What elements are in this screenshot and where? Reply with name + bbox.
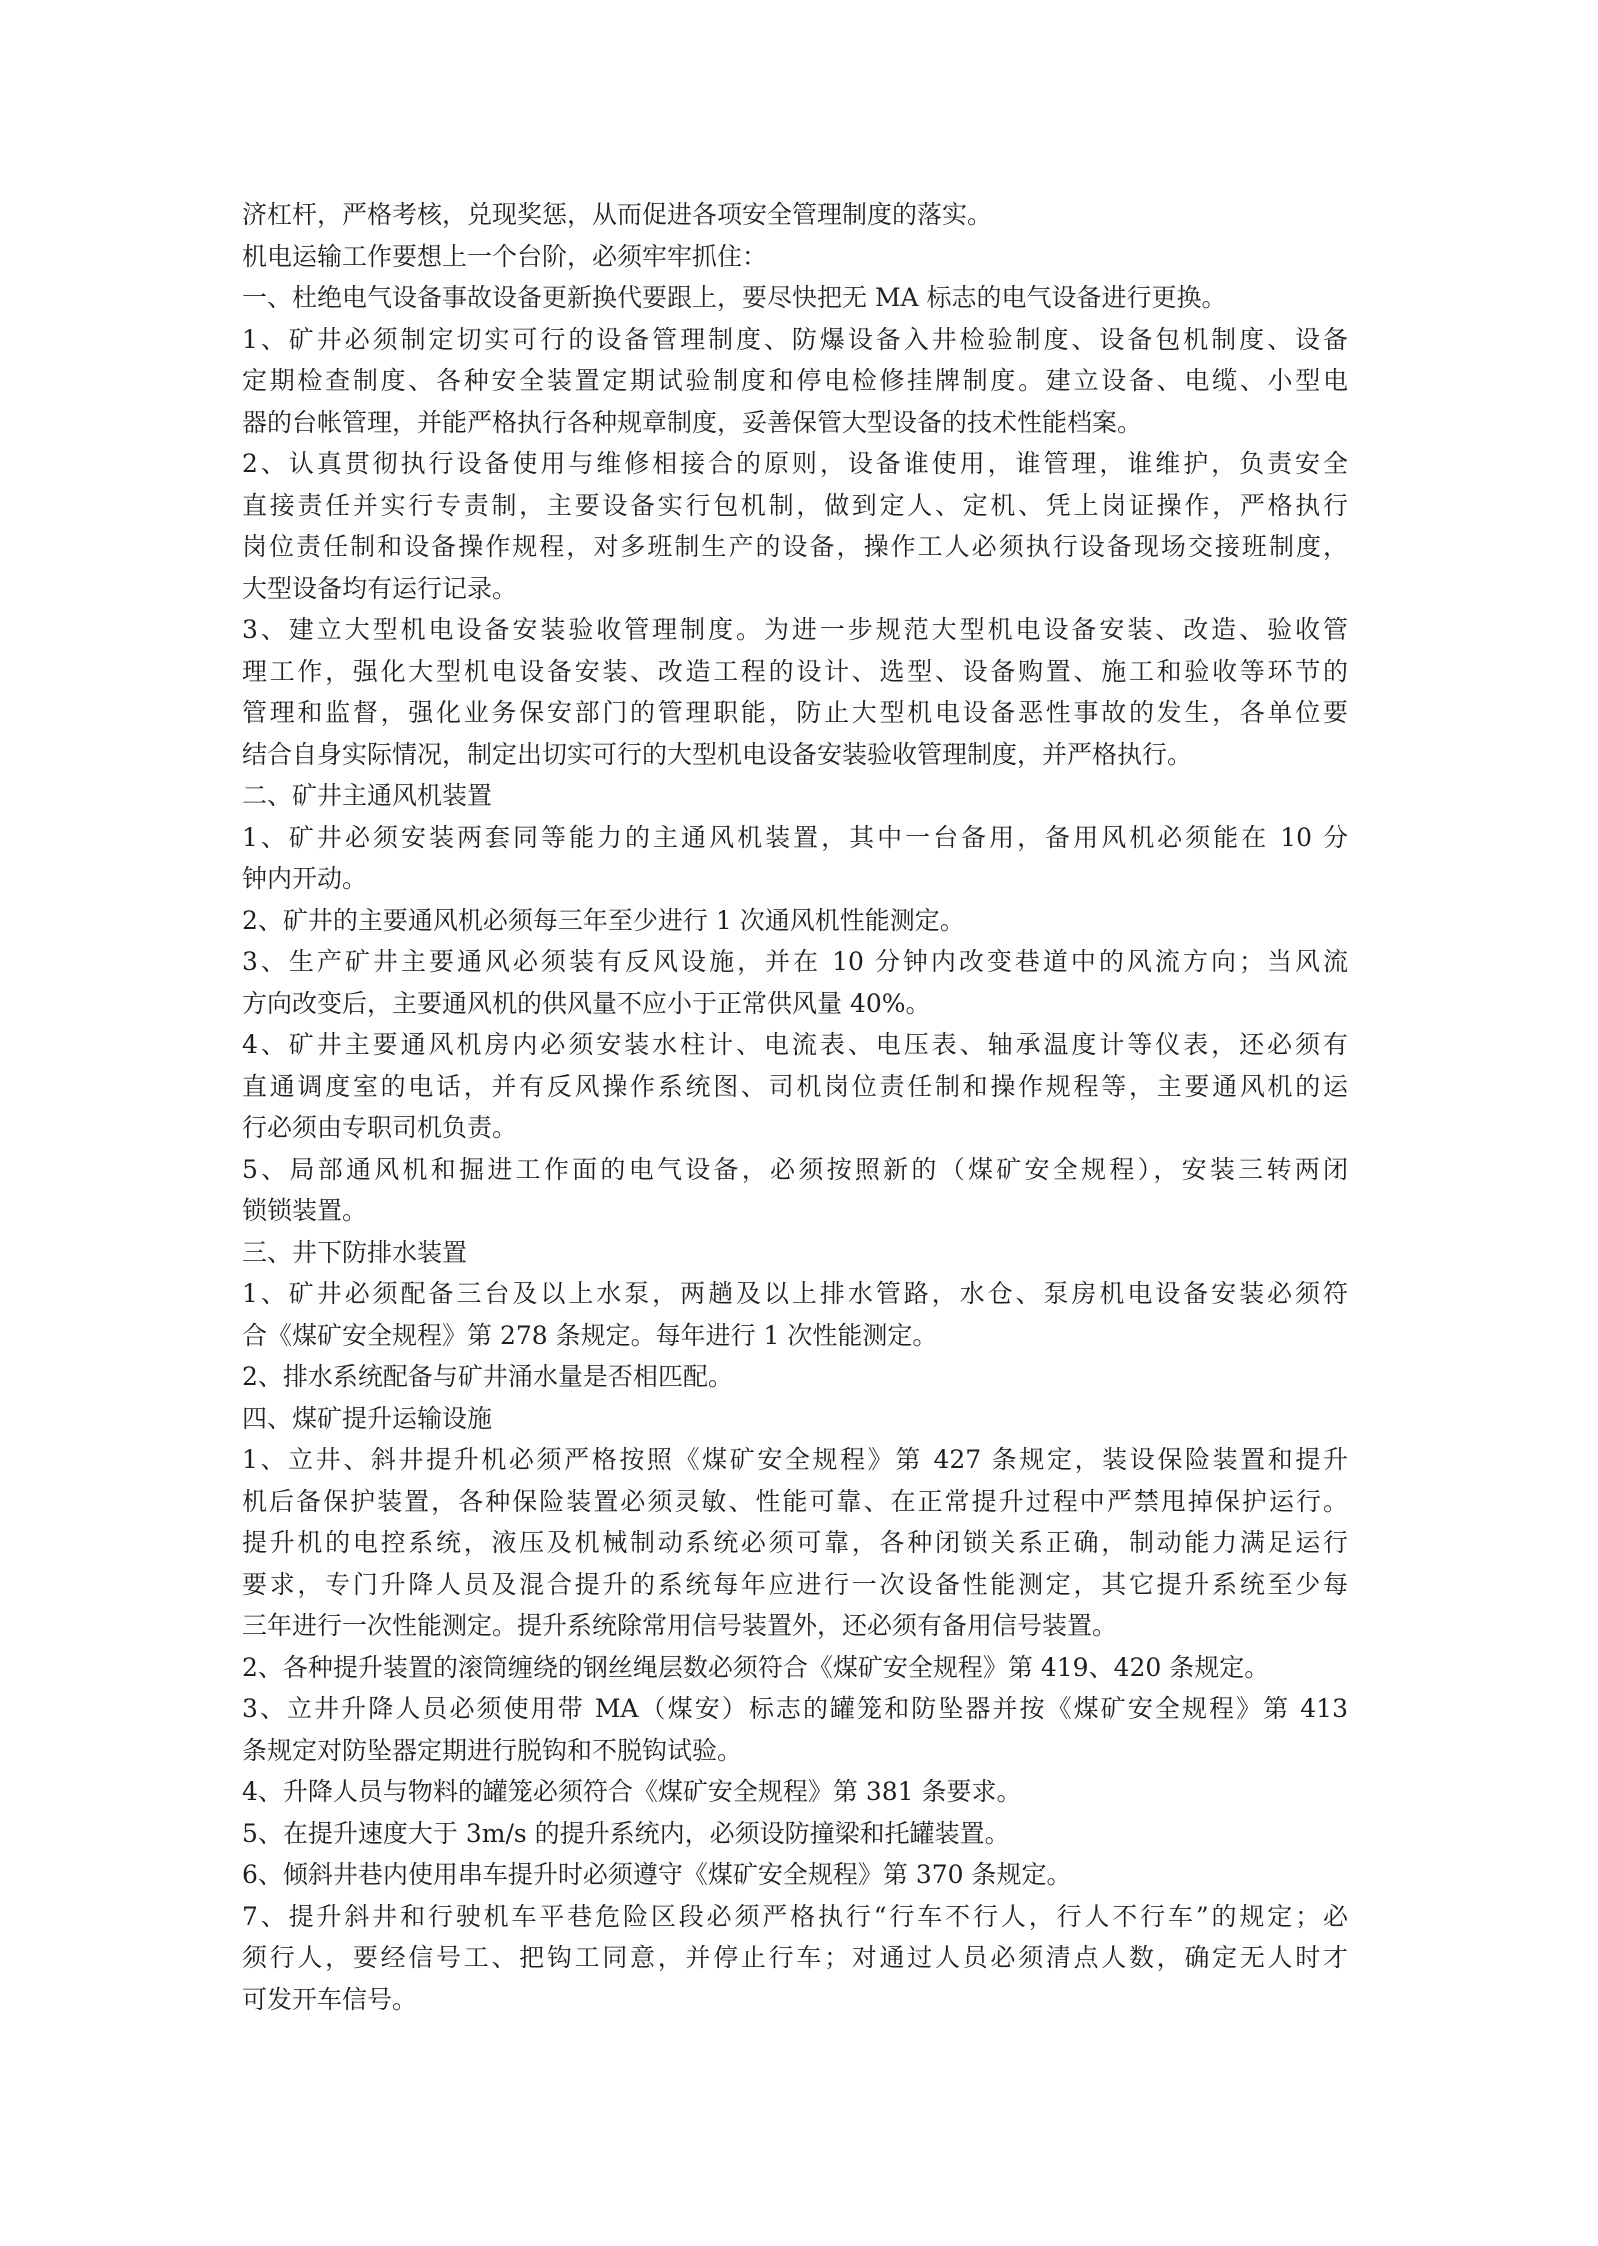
text-line: 1、矿井必须安装两套同等能力的主通风机装置，其中一台备用，备用风机必须能在 10… <box>242 817 1348 859</box>
text-line: 须行人，要经信号工、把钩工同意，并停止行车；对通过人员必须清点人数，确定无人时才 <box>242 1937 1348 1979</box>
numbered-item: 5、局部通风机和掘进工作面的电气设备，必须按照新的（煤矿安全规程），安装三转两闭… <box>242 1149 1348 1232</box>
text-line: 5、在提升速度大于 3m/s 的提升系统内，必须设防撞梁和托罐装置。 <box>242 1813 1348 1855</box>
numbered-item: 1、立井、斜井提升机必须严格按照《煤矿安全规程》第 427 条规定，装设保险装置… <box>242 1439 1348 1647</box>
text-line: 4、升降人员与物料的罐笼必须符合《煤矿安全规程》第 381 条要求。 <box>242 1771 1348 1813</box>
text-line: 2、矿井的主要通风机必须每三年至少进行 1 次通风机性能测定。 <box>242 900 1348 942</box>
numbered-item: 2、认真贯彻执行设备使用与维修相接合的原则，设备谁使用，谁管理，谁维护，负责安全… <box>242 443 1348 609</box>
section-heading: 二、矿井主通风机装置 <box>242 775 1348 817</box>
text-line: 3、立井升降人员必须使用带 MA（煤安）标志的罐笼和防坠器并按《煤矿安全规程》第… <box>242 1688 1348 1730</box>
text-line: 二、矿井主通风机装置 <box>242 775 1348 817</box>
paragraph: 济杠杆，严格考核，兑现奖惩，从而促进各项安全管理制度的落实。 <box>242 194 1348 236</box>
text-line: 方向改变后，主要通风机的供风量不应小于正常供风量 40%。 <box>242 983 1348 1025</box>
text-line: 1、矿井必须制定切实可行的设备管理制度、防爆设备入井检验制度、设备包机制度、设备 <box>242 319 1348 361</box>
numbered-item: 3、生产矿井主要通风必须装有反风设施，并在 10 分钟内改变巷道中的风流方向；当… <box>242 941 1348 1024</box>
text-line: 三年进行一次性能测定。提升系统除常用信号装置外，还必须有备用信号装置。 <box>242 1605 1348 1647</box>
numbered-item: 4、升降人员与物料的罐笼必须符合《煤矿安全规程》第 381 条要求。 <box>242 1771 1348 1813</box>
text-line: 锁锁装置。 <box>242 1190 1348 1232</box>
paragraph: 机电运输工作要想上一个台阶，必须牢牢抓住： <box>242 236 1348 278</box>
numbered-item: 1、矿井必须制定切实可行的设备管理制度、防爆设备入井检验制度、设备包机制度、设备… <box>242 319 1348 444</box>
text-line: 条规定对防坠器定期进行脱钩和不脱钩试验。 <box>242 1730 1348 1772</box>
text-line: 三、井下防排水装置 <box>242 1232 1348 1274</box>
text-line: 6、倾斜井巷内使用串车提升时必须遵守《煤矿安全规程》第 370 条规定。 <box>242 1854 1348 1896</box>
text-line: 一、杜绝电气设备事故设备更新换代要跟上，要尽快把无 MA 标志的电气设备进行更换… <box>242 277 1348 319</box>
text-line: 大型设备均有运行记录。 <box>242 568 1348 610</box>
text-line: 行必须由专职司机负责。 <box>242 1107 1348 1149</box>
text-line: 1、立井、斜井提升机必须严格按照《煤矿安全规程》第 427 条规定，装设保险装置… <box>242 1439 1348 1481</box>
numbered-item: 1、矿井必须配备三台及以上水泵，两趟及以上排水管路，水仓、泵房机电设备安装必须符… <box>242 1273 1348 1356</box>
numbered-item: 3、立井升降人员必须使用带 MA（煤安）标志的罐笼和防坠器并按《煤矿安全规程》第… <box>242 1688 1348 1771</box>
text-line: 机电运输工作要想上一个台阶，必须牢牢抓住： <box>242 236 1348 278</box>
text-line: 7、提升斜井和行驶机车平巷危险区段必须严格执行“行车不行人，行人不行车”的规定；… <box>242 1896 1348 1938</box>
text-line: 岗位责任制和设备操作规程，对多班制生产的设备，操作工人必须执行设备现场交接班制度… <box>242 526 1348 568</box>
numbered-item: 3、建立大型机电设备安装验收管理制度。为进一步规范大型机电设备安装、改造、验收管… <box>242 609 1348 775</box>
text-line: 器的台帐管理，并能严格执行各种规章制度，妥善保管大型设备的技术性能档案。 <box>242 402 1348 444</box>
text-line: 5、局部通风机和掘进工作面的电气设备，必须按照新的（煤矿安全规程），安装三转两闭 <box>242 1149 1348 1191</box>
numbered-item: 4、矿井主要通风机房内必须安装水柱计、电流表、电压表、轴承温度计等仪表，还必须有… <box>242 1024 1348 1149</box>
text-line: 直通调度室的电话，并有反风操作系统图、司机岗位责任制和操作规程等，主要通风机的运 <box>242 1066 1348 1108</box>
text-line: 直接责任并实行专责制，主要设备实行包机制，做到定人、定机、凭上岗证操作，严格执行 <box>242 485 1348 527</box>
section-heading: 一、杜绝电气设备事故设备更新换代要跟上，要尽快把无 MA 标志的电气设备进行更换… <box>242 277 1348 319</box>
section-heading: 四、煤矿提升运输设施 <box>242 1398 1348 1440</box>
text-line: 2、排水系统配备与矿井涌水量是否相匹配。 <box>242 1356 1348 1398</box>
text-line: 提升机的电控系统，液压及机械制动系统必须可靠，各种闭锁关系正确，制动能力满足运行 <box>242 1522 1348 1564</box>
text-line: 管理和监督，强化业务保安部门的管理职能，防止大型机电设备恶性事故的发生，各单位要 <box>242 692 1348 734</box>
text-line: 2、认真贯彻执行设备使用与维修相接合的原则，设备谁使用，谁管理，谁维护，负责安全 <box>242 443 1348 485</box>
text-line: 济杠杆，严格考核，兑现奖惩，从而促进各项安全管理制度的落实。 <box>242 194 1348 236</box>
text-line: 3、生产矿井主要通风必须装有反风设施，并在 10 分钟内改变巷道中的风流方向；当… <box>242 941 1348 983</box>
numbered-item: 1、矿井必须安装两套同等能力的主通风机装置，其中一台备用，备用风机必须能在 10… <box>242 817 1348 900</box>
text-line: 要求，专门升降人员及混合提升的系统每年应进行一次设备性能测定，其它提升系统至少每 <box>242 1564 1348 1606</box>
text-line: 理工作，强化大型机电设备安装、改造工程的设计、选型、设备购置、施工和验收等环节的 <box>242 651 1348 693</box>
text-line: 4、矿井主要通风机房内必须安装水柱计、电流表、电压表、轴承温度计等仪表，还必须有 <box>242 1024 1348 1066</box>
text-line: 四、煤矿提升运输设施 <box>242 1398 1348 1440</box>
document-body: 济杠杆，严格考核，兑现奖惩，从而促进各项安全管理制度的落实。机电运输工作要想上一… <box>242 194 1348 2020</box>
numbered-item: 2、排水系统配备与矿井涌水量是否相匹配。 <box>242 1356 1348 1398</box>
text-line: 定期检查制度、各种安全装置定期试验制度和停电检修挂牌制度。建立设备、电缆、小型电 <box>242 360 1348 402</box>
text-line: 结合自身实际情况，制定出切实可行的大型机电设备安装验收管理制度，并严格执行。 <box>242 734 1348 776</box>
document-page: 济杠杆，严格考核，兑现奖惩，从而促进各项安全管理制度的落实。机电运输工作要想上一… <box>0 0 1598 2246</box>
text-line: 机后备保护装置，各种保险装置必须灵敏、性能可靠、在正常提升过程中严禁甩掉保护运行… <box>242 1481 1348 1523</box>
section-heading: 三、井下防排水装置 <box>242 1232 1348 1274</box>
text-line: 3、建立大型机电设备安装验收管理制度。为进一步规范大型机电设备安装、改造、验收管 <box>242 609 1348 651</box>
numbered-item: 2、各种提升装置的滚筒缠绕的钢丝绳层数必须符合《煤矿安全规程》第 419、420… <box>242 1647 1348 1689</box>
numbered-item: 6、倾斜井巷内使用串车提升时必须遵守《煤矿安全规程》第 370 条规定。 <box>242 1854 1348 1896</box>
numbered-item: 5、在提升速度大于 3m/s 的提升系统内，必须设防撞梁和托罐装置。 <box>242 1813 1348 1855</box>
text-line: 钟内开动。 <box>242 858 1348 900</box>
text-line: 合《煤矿安全规程》第 278 条规定。每年进行 1 次性能测定。 <box>242 1315 1348 1357</box>
text-line: 2、各种提升装置的滚筒缠绕的钢丝绳层数必须符合《煤矿安全规程》第 419、420… <box>242 1647 1348 1689</box>
text-line: 可发开车信号。 <box>242 1979 1348 2021</box>
numbered-item: 2、矿井的主要通风机必须每三年至少进行 1 次通风机性能测定。 <box>242 900 1348 942</box>
text-line: 1、矿井必须配备三台及以上水泵，两趟及以上排水管路，水仓、泵房机电设备安装必须符 <box>242 1273 1348 1315</box>
numbered-item: 7、提升斜井和行驶机车平巷危险区段必须严格执行“行车不行人，行人不行车”的规定；… <box>242 1896 1348 2021</box>
